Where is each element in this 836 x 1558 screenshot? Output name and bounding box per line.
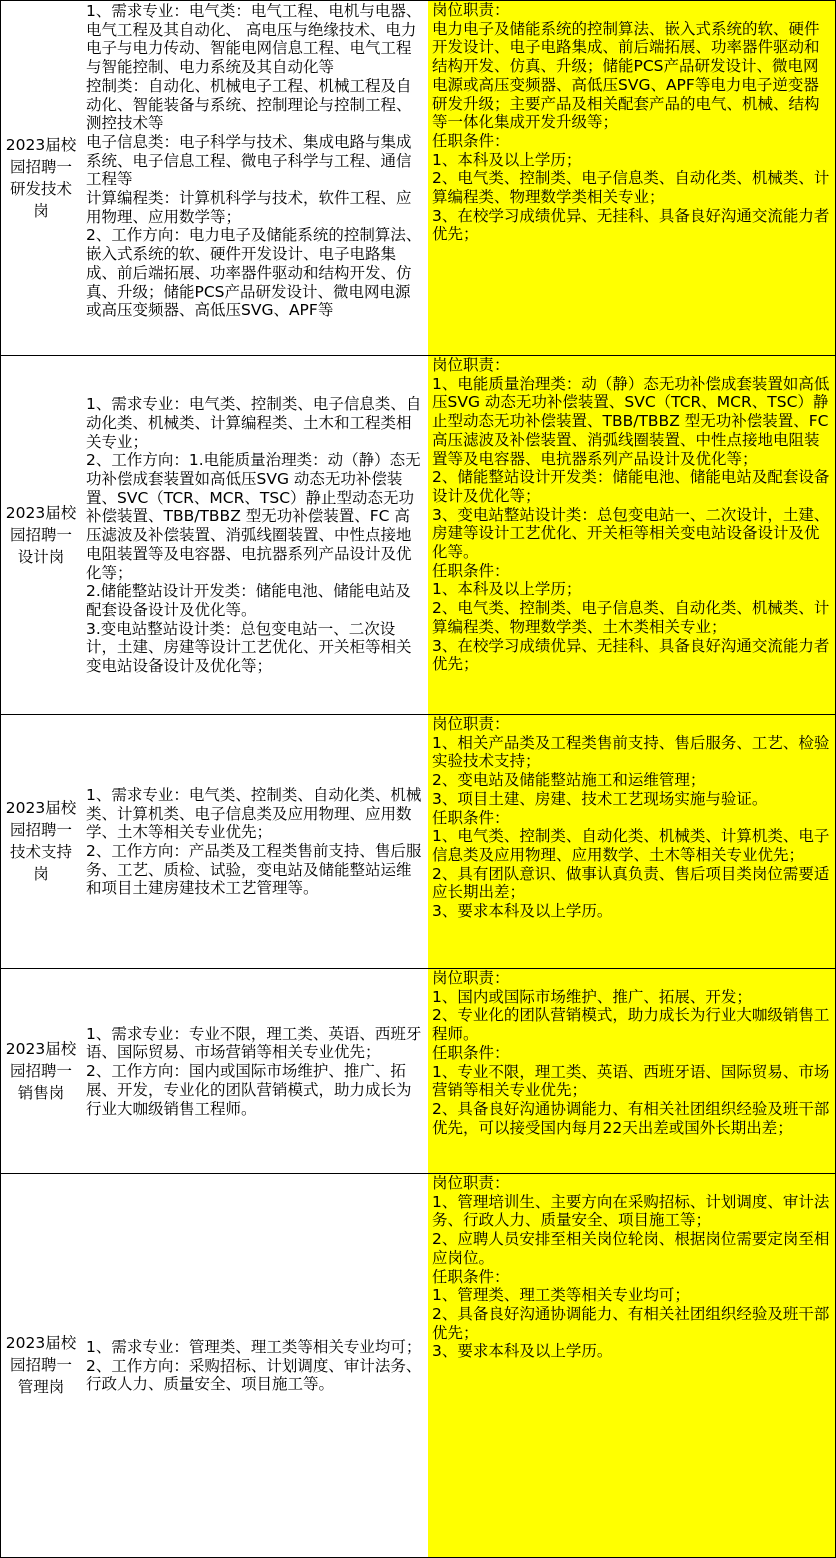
position-cell[interactable]: 2023届校园招聘一技术支持岗 xyxy=(0,714,82,968)
duties-cell[interactable]: 岗位职责： 1、国内或国际市场维护、推广、拓展、开发； 2、专业化的团队营销模式… xyxy=(428,968,836,1173)
position-cell[interactable]: 2023届校园招聘一管理岗 xyxy=(0,1173,82,1557)
duties-cell[interactable]: 岗位职责： 1、电能质量治理类：动（静）态无功补偿成套装置如高低压SVG 动态无… xyxy=(428,355,836,714)
duties-cell[interactable]: 岗位职责： 电力电子及储能系统的控制算法、嵌入式系统的软、硬件开发设计、电子电路… xyxy=(428,0,836,355)
position-title: 2023届校园招聘一技术支持岗 xyxy=(4,797,78,885)
grid-line xyxy=(0,714,836,715)
position-title: 2023届校园招聘一销售岗 xyxy=(4,1038,78,1104)
requirements-cell[interactable]: 1、需求专业：管理类、理工类等相关专业均可； 2、工作方向：采购招标、计划调度、… xyxy=(81,1173,429,1557)
position-cell[interactable]: 2023届校园招聘一设计岗 xyxy=(0,355,82,714)
table-row: 2023届校园招聘一研发技术岗 1、需求专业：电气类：电气工程、电机与电器、电气… xyxy=(0,0,836,355)
duties-text: 岗位职责： 1、管理培训生、主要方向在采购招标、计划调度、审计法务、行政人力、质… xyxy=(432,1173,832,1361)
duties-cell[interactable]: 岗位职责： 1、相关产品类及工程类售前支持、售后服务、工艺、检验实验技术支持； … xyxy=(428,714,836,968)
position-title: 2023届校园招聘一设计岗 xyxy=(4,502,78,568)
requirements-cell[interactable]: 1、需求专业：专业不限，理工类、英语、西班牙语、国际贸易、市场营销等相关专业优先… xyxy=(81,968,429,1173)
duties-text: 岗位职责： 1、相关产品类及工程类售前支持、售后服务、工艺、检验实验技术支持； … xyxy=(432,714,832,921)
requirements-text: 1、需求专业：管理类、理工类等相关专业均可； 2、工作方向：采购招标、计划调度、… xyxy=(86,1338,425,1394)
requirements-text: 1、需求专业：电气类：电气工程、电机与电器、电气工程及其自动化、 高电压与绝缘技… xyxy=(86,2,425,320)
requirements-text: 1、需求专业：电气类、控制类、自动化类、机械类、计算机类、电子信息类及应用物理、… xyxy=(86,786,425,898)
position-cell[interactable]: 2023届校园招聘一研发技术岗 xyxy=(0,0,82,355)
requirements-text: 1、需求专业：电气类、控制类、电子信息类、自动化类、机械类、计算编程类、土木和工… xyxy=(86,395,425,676)
requirements-cell[interactable]: 1、需求专业：电气类：电气工程、电机与电器、电气工程及其自动化、 高电压与绝缘技… xyxy=(81,0,429,355)
grid-line xyxy=(0,1173,836,1174)
recruitment-table: 2023届校园招聘一研发技术岗 1、需求专业：电气类：电气工程、电机与电器、电气… xyxy=(0,0,836,1558)
table-row: 2023届校园招聘一销售岗 1、需求专业：专业不限，理工类、英语、西班牙语、国际… xyxy=(0,968,836,1173)
duties-cell[interactable]: 岗位职责： 1、管理培训生、主要方向在采购招标、计划调度、审计法务、行政人力、质… xyxy=(428,1173,836,1557)
duties-text: 岗位职责： 1、电能质量治理类：动（静）态无功补偿成套装置如高低压SVG 动态无… xyxy=(432,355,832,674)
position-title: 2023届校园招聘一研发技术岗 xyxy=(4,134,78,222)
requirements-cell[interactable]: 1、需求专业：电气类、控制类、电子信息类、自动化类、机械类、计算编程类、土木和工… xyxy=(81,355,429,714)
duties-text: 岗位职责： 1、国内或国际市场维护、推广、拓展、开发； 2、专业化的团队营销模式… xyxy=(432,968,832,1137)
position-cell[interactable]: 2023届校园招聘一销售岗 xyxy=(0,968,82,1173)
grid-line xyxy=(0,0,836,1)
requirements-text: 1、需求专业：专业不限，理工类、英语、西班牙语、国际贸易、市场营销等相关专业优先… xyxy=(86,1025,425,1119)
position-title: 2023届校园招聘一管理岗 xyxy=(4,1332,78,1398)
requirements-cell[interactable]: 1、需求专业：电气类、控制类、自动化类、机械类、计算机类、电子信息类及应用物理、… xyxy=(81,714,429,968)
duties-text: 岗位职责： 电力电子及储能系统的控制算法、嵌入式系统的软、硬件开发设计、电子电路… xyxy=(432,0,832,244)
grid-line xyxy=(0,355,836,356)
table-row: 2023届校园招聘一管理岗 1、需求专业：管理类、理工类等相关专业均可； 2、工… xyxy=(0,1173,836,1557)
table-row: 2023届校园招聘一设计岗 1、需求专业：电气类、控制类、电子信息类、自动化类、… xyxy=(0,355,836,714)
table-row: 2023届校园招聘一技术支持岗 1、需求专业：电气类、控制类、自动化类、机械类、… xyxy=(0,714,836,968)
grid-line xyxy=(0,968,836,969)
